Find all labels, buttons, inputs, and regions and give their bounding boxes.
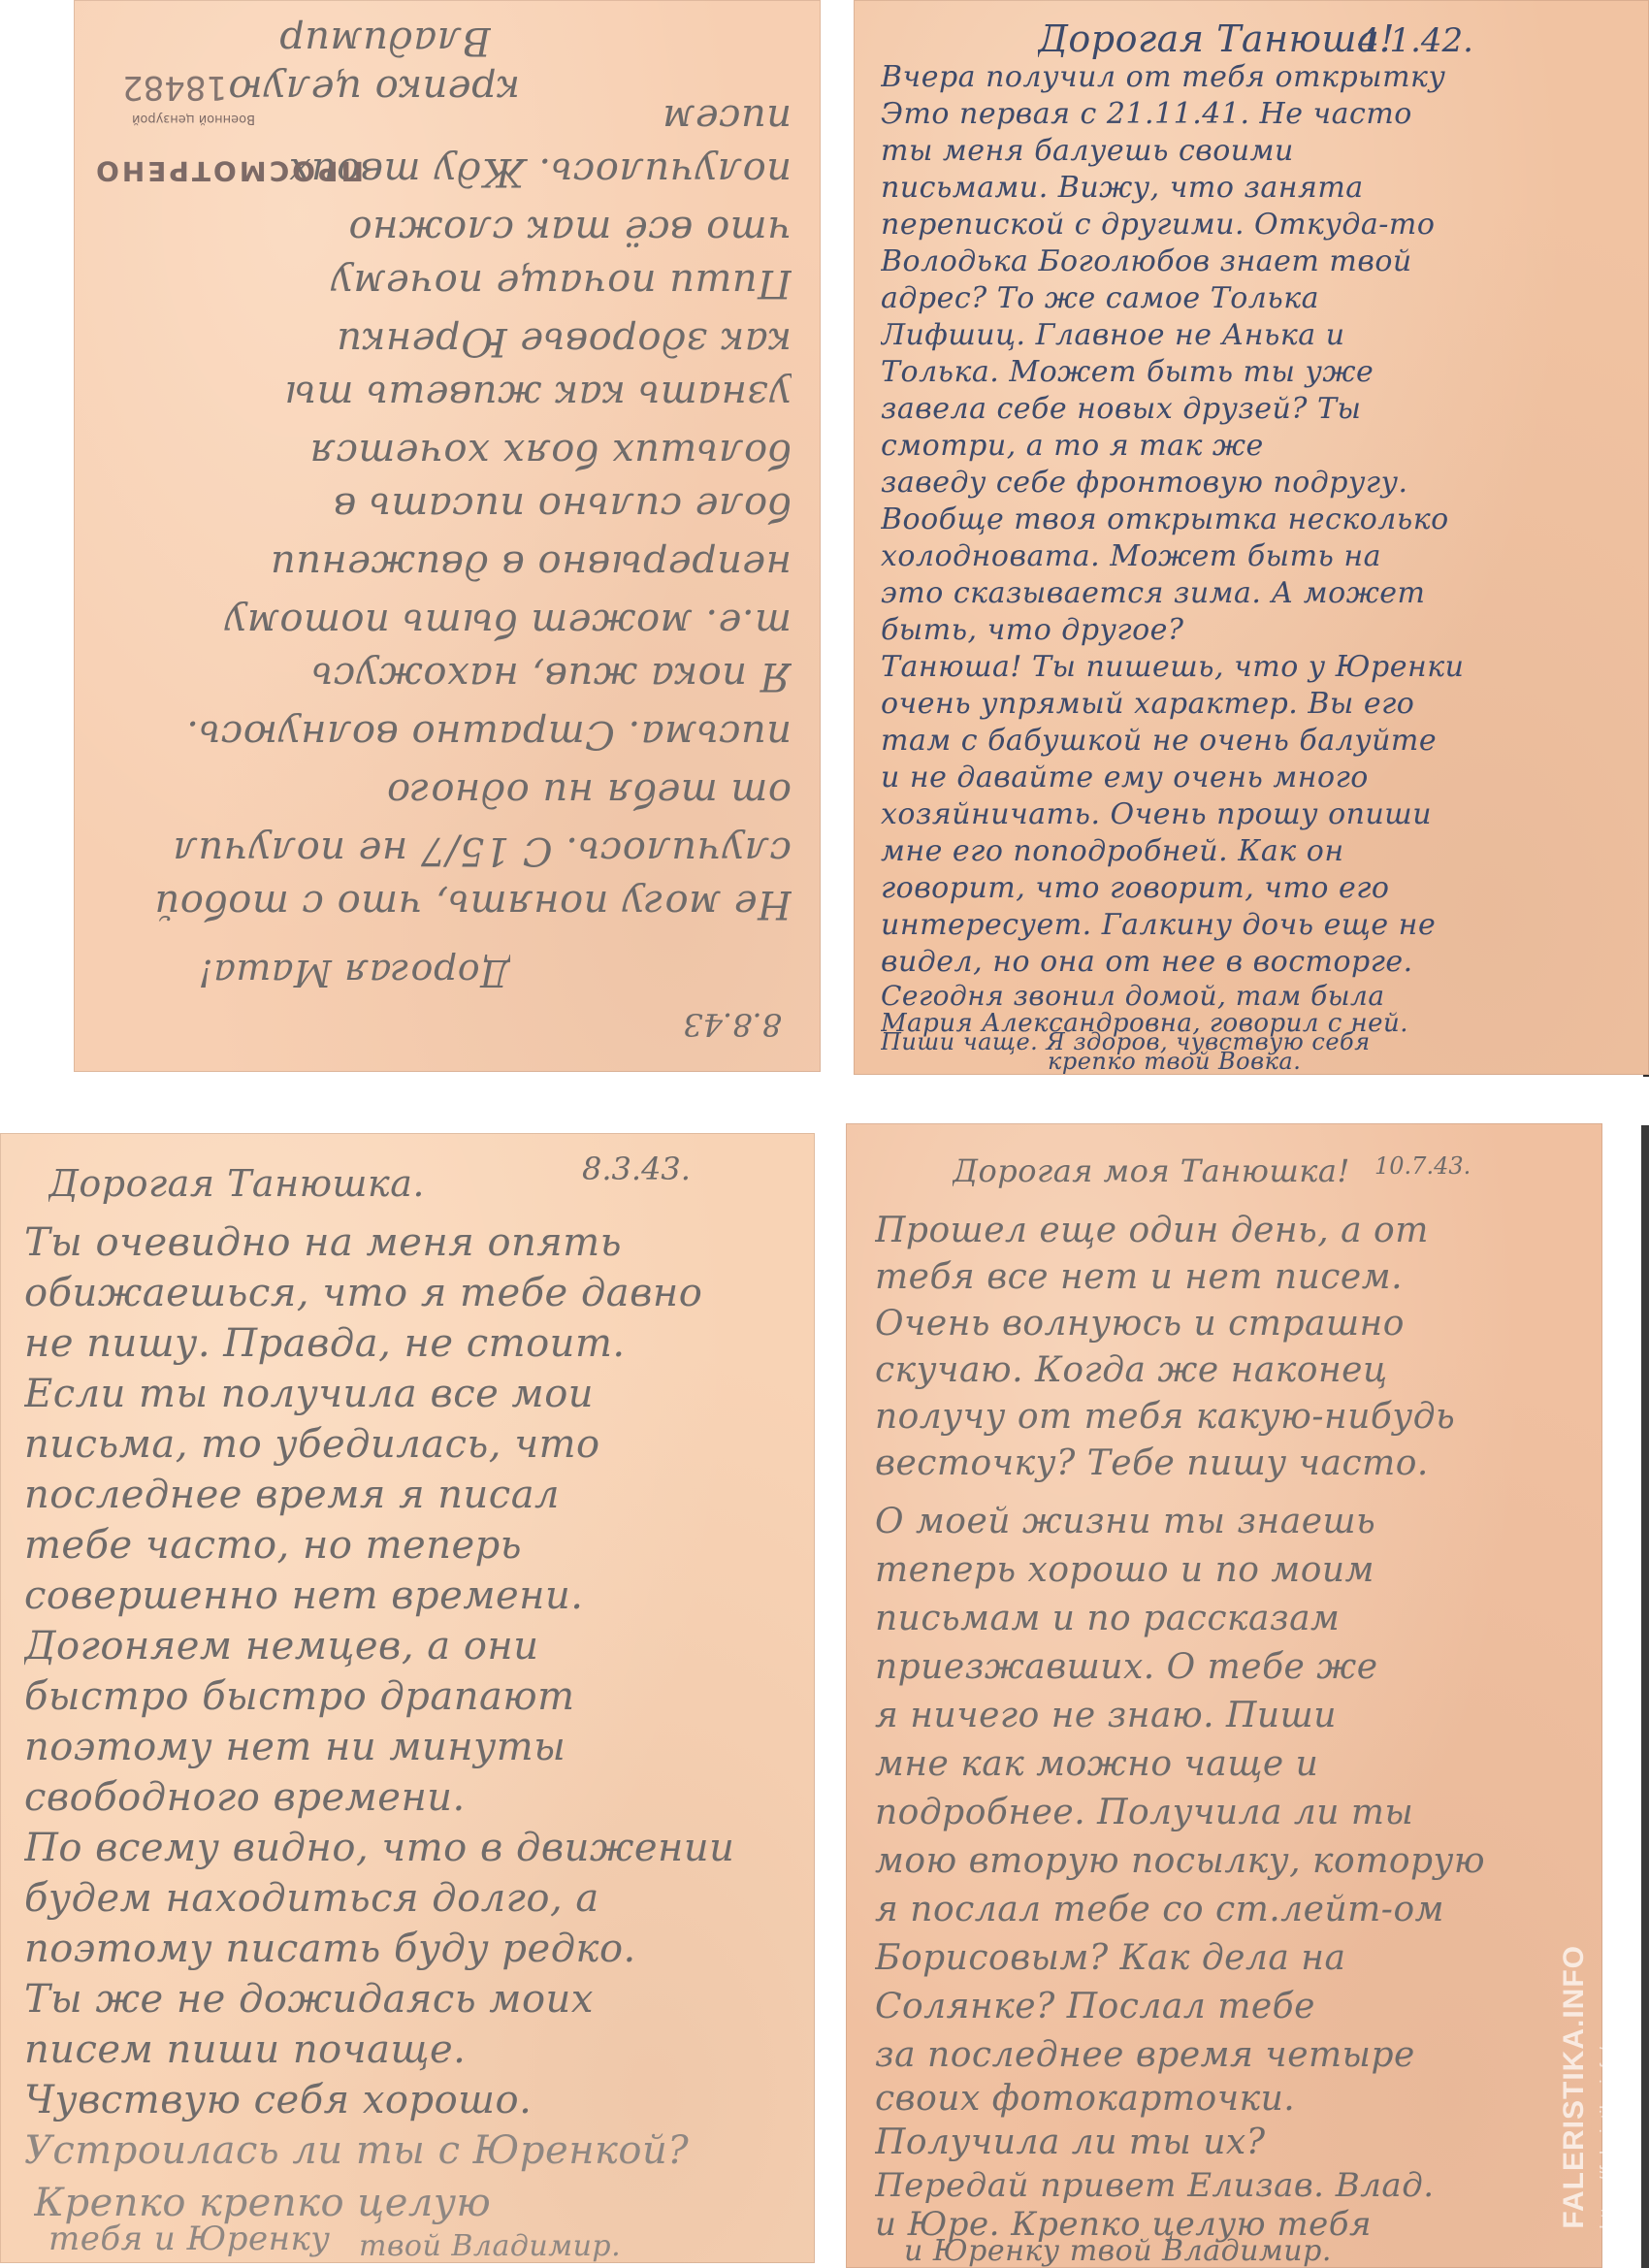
scan-edge-bottom (1641, 1125, 1649, 2268)
letter-line: случилось. С 15/7 не получил (74, 828, 792, 873)
letter-line: холодновата. Может быть на (881, 539, 1649, 573)
letter-line: обижаешься, что я тебе давно (24, 1271, 815, 1315)
letter-line: Борисовым? Как дела на (875, 1938, 1602, 1978)
letter-line: поэтому писать буду редко. (24, 1927, 815, 1971)
letter-signature: Владимир (74, 18, 491, 63)
letter-line: боле сильно писать в (74, 484, 792, 529)
letter-signature: и Юренку твой Владимир. (904, 2234, 1602, 2268)
letter-line: Очень волнуюсь и страшно (875, 1304, 1602, 1344)
letter-line: свободного времени. (24, 1775, 815, 1820)
letter-line: узнать как живешь ты (74, 373, 792, 417)
letter-line: за последнее время четыре (875, 2035, 1602, 2075)
letter-date: 8.8.43 (683, 1006, 782, 1043)
letter-line: Прошел еще один день, а от (875, 1211, 1602, 1250)
letter-line: Это первая с 21.11.41. Не часто (881, 97, 1649, 131)
letter-line: говорит, что говорит, что его (881, 871, 1649, 905)
letter-date: 8.3.43. (582, 1150, 691, 1187)
letter-line: я послал тебе со ст.лейт-ом (875, 1890, 1602, 1929)
letter-line: поэтому нет ни минуты (24, 1725, 815, 1769)
letter-greeting: Дорогая Танюшка. (48, 1162, 815, 1205)
letter-signature: твой Владимир. (359, 2229, 815, 2263)
letter-line: будем находиться долго, а (24, 1876, 815, 1921)
postcard-bottom-left: Дорогая Танюшка. 8.3.43. Ты очевидно на … (0, 1133, 815, 2263)
letter-line: перепиской с другими. Откуда-то (881, 208, 1649, 242)
letter-line: мне его поподробней. Как он (881, 834, 1649, 868)
letter-line: больших боях хочется (74, 431, 792, 475)
letter-line: быть, что другое? (881, 613, 1649, 647)
letter-line: письма, то убедилась, что (24, 1422, 815, 1467)
letter-line: Толька. Может быть ты уже (881, 355, 1649, 389)
letter-line: скучаю. Когда же наконец (875, 1350, 1602, 1390)
letter-line: письма. Страшно волнуюсь. (74, 712, 792, 757)
letter-line: от тебя ни одного (74, 770, 792, 815)
letter-line: Догоняем немцев, а они (24, 1624, 815, 1669)
censor-stamp-subtitle: Военной цензурой (132, 112, 255, 126)
letter-line: завела себе новых друзей? Ты (881, 392, 1649, 426)
letter-line: интересует. Галкину дочь еще не (881, 908, 1649, 942)
postcard-top-right: Дорогая Танюша! 4.1.42. Вчера получил от… (854, 0, 1649, 1075)
letter-greeting: Дорогая Танюша! (1038, 17, 1649, 60)
letter-line: получу от тебя какую-нибудь (875, 1397, 1602, 1437)
letter-line: и не давайте ему очень много (881, 761, 1649, 794)
letter-line: Сегодня звонил домой, там была (881, 980, 1649, 1012)
letter-line: мне как можно чаще и (875, 1744, 1602, 1784)
letter-line: последнее время я писал (24, 1473, 815, 1517)
letter-line: мою вторую посылку, которую (875, 1841, 1602, 1881)
letter-line: как здоровье Юренки (74, 319, 792, 364)
letter-line: очень упрямый характер. Вы его (881, 687, 1649, 721)
letter-line: Не могу понять, что с тобой (74, 882, 792, 926)
letter-line: Володька Боголюбов знает твой (881, 244, 1649, 278)
letter-line: приезжавших. О тебе же (875, 1647, 1602, 1687)
postcard-bottom-right: Дорогая моя Танюшка! 10.7.43. Прошел еще… (846, 1123, 1602, 2268)
letter-line: Ты очевидно на меня опять (24, 1220, 815, 1265)
letter-line: Передай привет Елизав. Влад. (875, 2166, 1602, 2205)
letter-line: Вчера получил от тебя открытку (881, 60, 1649, 94)
letter-line: Чувствую себя хорошо. (24, 2078, 815, 2122)
letter-line: совершенно нет времени. (24, 1573, 815, 1618)
letter-line: непрерывно в движении (74, 542, 792, 587)
letter-line: смотри, а то я так же (881, 429, 1649, 463)
letter-line: заведу себе фронтовую подругу. (881, 466, 1649, 500)
letter-line: Солянке? Послал тебе (875, 1987, 1602, 2026)
censor-stamp-title: ПРОСМОТРЕНО (93, 155, 364, 187)
letter-line: хозяйничать. Очень прошу опиши (881, 797, 1649, 831)
censor-stamp-number: 18482 (122, 68, 227, 107)
letter-line: Ты же не дожидаясь моих (24, 1977, 815, 2022)
letter-line: что всё так сложно (74, 208, 792, 252)
letter-line: это сказывается зима. А может (881, 576, 1649, 610)
letter-line: Если ты получила все мои (24, 1372, 815, 1416)
letter-line: адрес? То же самое Толька (881, 281, 1649, 315)
letter-line: письмами. Вижу, что занята (881, 171, 1649, 205)
letter-line: не пишу. Правда, не стоит. (24, 1321, 815, 1366)
letter-line: Танюша! Ты пишешь, что у Юренки (881, 650, 1649, 684)
letter-line: я ничего не знаю. Пиши (875, 1696, 1602, 1735)
letter-line: Вообще твоя открытка несколько (881, 502, 1649, 536)
letter-greeting: Дорогая моя Танюшка! (953, 1152, 1602, 1189)
letter-line: Я пока жив, нахожусь (74, 654, 792, 698)
letter-line: Пиши почаще почему (74, 261, 792, 306)
letter-line: т.е. может быть потому (74, 600, 792, 645)
letter-line: По всему видно, что в движении (24, 1826, 815, 1870)
letter-line: весточку? Тебе пишу часто. (875, 1443, 1602, 1483)
letter-line: тебя все нет и нет писем. (875, 1257, 1602, 1297)
letter-line: Получила ли ты их? (875, 2122, 1602, 2162)
letter-date: 10.7.43. (1374, 1152, 1471, 1180)
letter-signature: крепко твой Вовка. (1048, 1048, 1649, 1075)
letter-line: ты меня балуешь своими (881, 134, 1649, 168)
letter-line: своих фотокарточки. (875, 2079, 1602, 2119)
letter-line: Лифшиц. Главное не Анька и (881, 318, 1649, 352)
letter-line: видел, но она от нее в восторге. (881, 945, 1649, 979)
letter-date: 4.1.42. (1358, 21, 1473, 60)
letter-line: подробнее. Получила ли ты (875, 1793, 1602, 1832)
letter-line: писем пиши почаще. (24, 2027, 815, 2072)
letter-line: там с бабушкой не очень балуйте (881, 724, 1649, 758)
letter-line: Устроилась ли ты с Юренкой? (24, 2128, 815, 2173)
letter-line: О моей жизни ты знаешь (875, 1502, 1602, 1541)
letter-line: быстро быстро драпают (24, 1674, 815, 1719)
letter-line: тебе часто, но теперь (24, 1523, 815, 1568)
letter-line: теперь хорошо и по моим (875, 1550, 1602, 1590)
watermark-url: https://faleristika.info/ (1598, 2047, 1620, 2229)
postcard-top-left: 8.8.43 Дорогая Маша! Не могу понять, что… (74, 0, 821, 1072)
letter-greeting: Дорогая Маша! (74, 952, 510, 994)
letter-line: письмам и по рассказам (875, 1599, 1602, 1638)
watermark-brand: FALERISTIKA.INFO (1558, 1945, 1591, 2229)
